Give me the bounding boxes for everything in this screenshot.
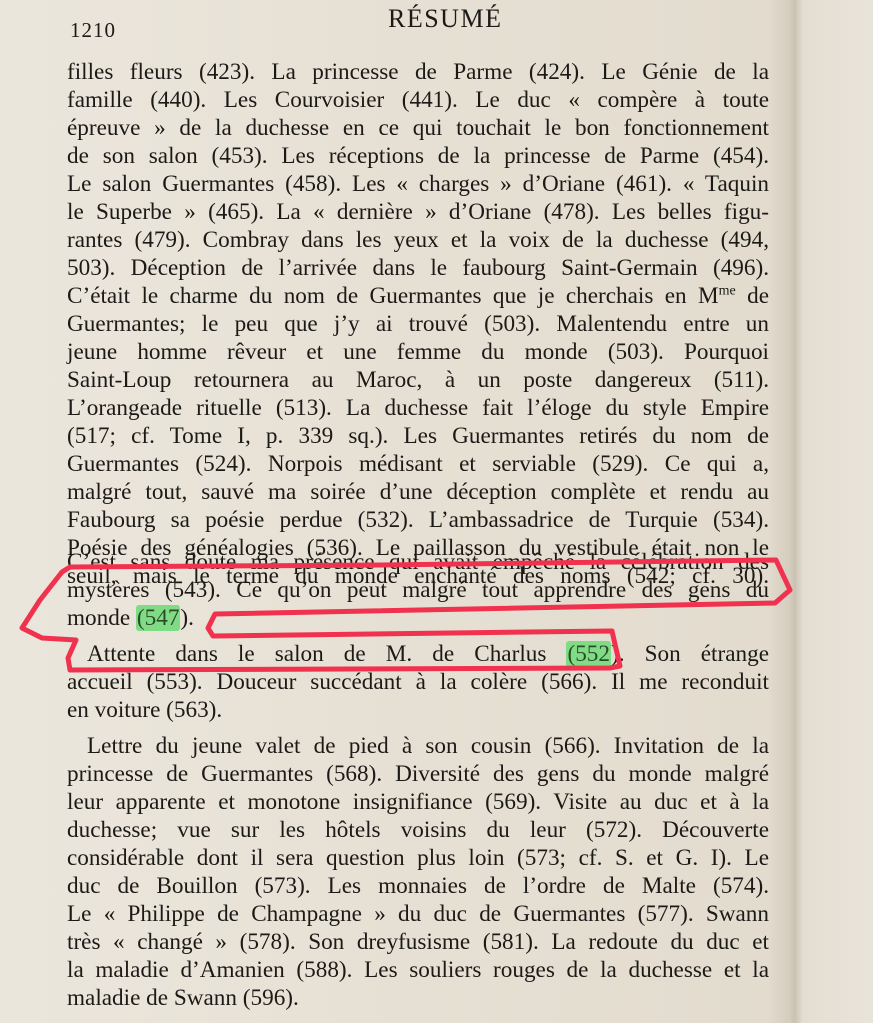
text-line: duchesse; vue sur les hôtels voisins du … (67, 816, 769, 844)
highlighted-page-ref: (547 (136, 605, 181, 631)
text-line: famille (440). Les Courvoisier (441). Le… (67, 86, 769, 114)
highlighted-page-ref: (552 (566, 641, 611, 667)
running-head: RÉSUMÉ (388, 4, 502, 34)
text-line: (517; cf. Tome I, p. 339 sq.). Les Guerm… (67, 422, 769, 450)
text-line: Lettre du jeune valet de pied à son cous… (67, 732, 769, 760)
text-segment: monde (67, 605, 136, 631)
text-line: duc de Bouillon (573). Les monnaies de l… (67, 872, 769, 900)
text-line: malgré tout, sauvé ma soirée d’une décep… (67, 478, 769, 506)
text-line: C’est sans doute ma présence qui avait e… (67, 548, 769, 576)
text-line: de son salon (453). Les réceptions de la… (67, 142, 769, 170)
text-line: leur apparente et monotone insignifiance… (67, 788, 769, 816)
text-line: accueil (553). Douceur succédant à la co… (67, 668, 769, 696)
text-segment: C’était le charme du nom de Guermantes q… (67, 283, 719, 309)
text-line: considérable dont il sera question plus … (67, 844, 769, 872)
text-line: monde (547). (67, 604, 769, 632)
text-line: en voiture (563). (67, 696, 769, 724)
text-line: 503). Déception de l’arrivée dans le fau… (67, 254, 769, 282)
text-line: Guermantes (524). Norpois médisant et se… (67, 450, 769, 478)
text-line: Guermantes; le peu que j’y ai trouvé (50… (67, 310, 769, 338)
text-segment: de (736, 283, 769, 309)
page-number: 1210 (70, 18, 116, 43)
text-line: le Superbe » (465). La « dernière » d’Or… (67, 198, 769, 226)
text-line: jeune homme rêveur et une femme du monde… (67, 338, 769, 366)
text-segment: Attente dans le salon de M. de Charlus (87, 641, 566, 667)
text-line: princesse de Guermantes (568). Diversité… (67, 760, 769, 788)
superscript: me (719, 283, 736, 298)
text-line: maladie de Swann (596). (67, 984, 769, 1012)
text-line: C’était le charme du nom de Guermantes q… (67, 282, 769, 310)
text-line: Attente dans le salon de M. de Charlus (… (67, 640, 769, 668)
text-line: L’orangeade rituelle (513). La duchesse … (67, 394, 769, 422)
text-line: filles fleurs (423). La princesse de Par… (67, 58, 769, 86)
text-line: Faubourg sa poésie perdue (532). L’ambas… (67, 506, 769, 534)
text-line: épreuve » de la duchesse en ce qui touch… (67, 114, 769, 142)
text-line: rantes (479). Combray dans les yeux et l… (67, 226, 769, 254)
text-line: Saint-Loup retournera au Maroc, à un pos… (67, 366, 769, 394)
text-line: mystères (543). Ce qu’on peut malgré tou… (67, 576, 769, 604)
text-line: la maladie d’Amanien (588). Les souliers… (67, 956, 769, 984)
text-segment: ). (180, 605, 194, 631)
text-line: très « changé » (578). Son dreyfusisme (… (67, 928, 769, 956)
text-line: Le « Philippe de Champagne » du duc de G… (67, 900, 769, 928)
text-segment: ). Son étrange (611, 641, 769, 667)
text-line: Le salon Guermantes (458). Les « charges… (67, 170, 769, 198)
